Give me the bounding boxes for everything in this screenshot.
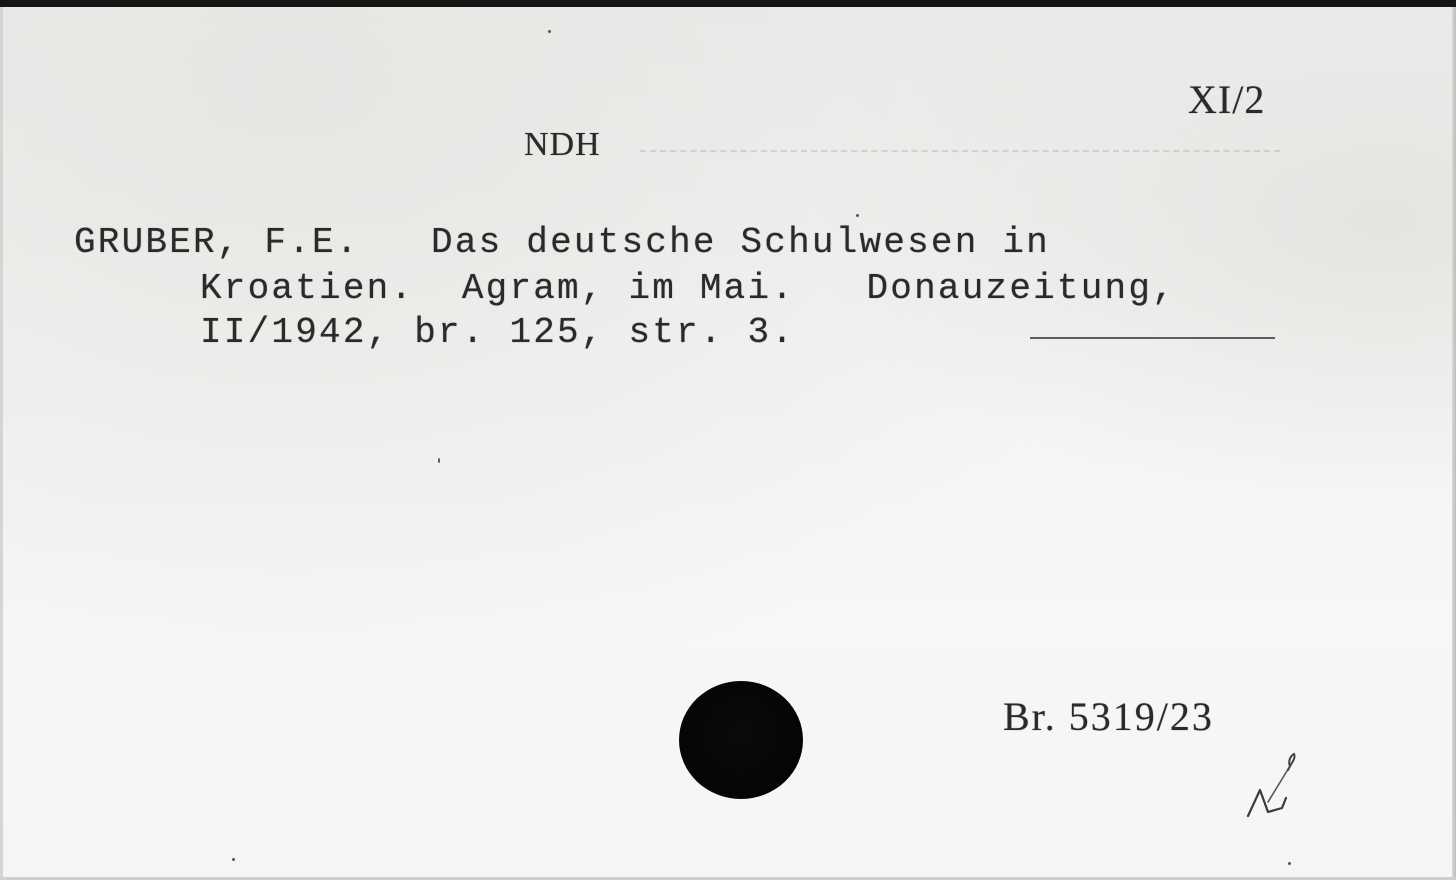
entry-place-date: Kroatien. Agram, im Mai. (200, 268, 867, 309)
paper-speck (438, 458, 440, 463)
shelf-mark: XI/2 (1188, 76, 1265, 123)
faint-ruled-line (640, 150, 1280, 152)
card-top-edge (0, 0, 1456, 7)
entry-line-volume-issue: II/1942, br. 125, str. 3. (200, 312, 795, 353)
card-left-edge (0, 7, 3, 880)
handwritten-initials-icon (1238, 752, 1308, 830)
entry-line-place-periodical: Kroatien. Agram, im Mai. Donauzeitung, (200, 268, 1176, 309)
paper-speck (232, 858, 235, 861)
card-right-edge (1452, 7, 1456, 880)
periodical-underline (1030, 337, 1275, 339)
paper-speck (548, 30, 551, 33)
punch-hole-icon (679, 681, 803, 799)
periodical-name: Donauzeitung, (867, 268, 1176, 309)
paper-speck (1288, 862, 1291, 865)
paper-speck (856, 214, 859, 217)
entry-line-author-title: GRUBER, F.E. Das deutsche Schulwesen in (74, 222, 1050, 263)
accession-number: Br. 5319/23 (1003, 693, 1214, 740)
catalog-card: NDH XI/2 GRUBER, F.E. Das deutsche Schul… (0, 0, 1456, 880)
category-heading: NDH (524, 126, 601, 164)
